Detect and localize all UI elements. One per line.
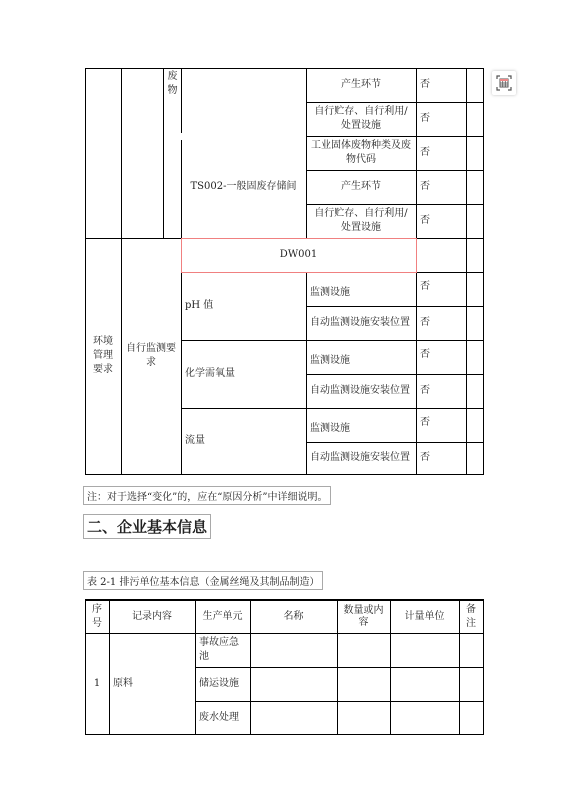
header-seq: 序 号: [85, 600, 109, 633]
item-cell: 自行贮存、自行利用/ 处置设施: [306, 204, 416, 238]
value-cell: 否: [416, 340, 466, 370]
table-caption: 表 2-1 排污单位基本信息（金属丝绳及其制品制造）: [83, 571, 323, 590]
table-select-icon: [496, 75, 512, 91]
outlet-id: DW001: [181, 238, 416, 272]
item-cell: 自行贮存、自行利用/ 处置设施: [306, 102, 416, 136]
value-cell: 否: [416, 204, 466, 238]
header-measure-unit: 计量单位: [390, 600, 459, 633]
unit-cell: 储运设施: [195, 667, 250, 701]
item-cell: 自动监测设施安装位置: [306, 306, 416, 340]
section-heading: 二、企业基本信息: [83, 514, 211, 539]
row-record: 原料: [109, 633, 195, 734]
value-cell: 否: [416, 306, 466, 340]
item-cell: 产生环节: [306, 68, 416, 102]
value-cell: 否: [416, 374, 466, 408]
pollutant-name: pH 值: [181, 272, 306, 340]
value-cell: 否: [416, 442, 466, 474]
table-select-button[interactable]: [492, 71, 516, 95]
item-cell: 自动监测设施安装位置: [306, 442, 416, 474]
pollutant-name: 化学需氧量: [181, 340, 306, 408]
header-remark: 备 注: [459, 600, 483, 633]
note-text: 注：对于选择“变化”的，应在“原因分析”中详细说明。: [83, 486, 331, 505]
item-cell: 自动监测设施安装位置: [306, 374, 416, 408]
value-cell: 否: [416, 68, 466, 102]
header-unit: 生产单元: [195, 600, 250, 633]
value-cell: 否: [416, 102, 466, 136]
category-waste: 废 物: [164, 70, 181, 100]
value-cell: 否: [416, 408, 466, 438]
pollutant-name: 流量: [181, 408, 306, 474]
row-seq: 1: [85, 633, 109, 734]
unit-cell: 事故应急 池: [195, 633, 250, 667]
value-cell: 否: [416, 272, 466, 302]
unit-cell: 废水处理: [195, 701, 250, 734]
item-cell: 产生环节: [306, 170, 416, 204]
value-cell: 否: [416, 136, 466, 170]
item-cell: 监测设施: [306, 344, 416, 378]
header-quantity: 数量或内 容: [337, 600, 390, 633]
item-cell: 监测设施: [306, 412, 416, 446]
value-cell: 否: [416, 170, 466, 204]
item-cell: 监测设施: [306, 276, 416, 310]
section-env-management: 环境 管理 要求: [85, 238, 121, 474]
header-name: 名称: [250, 600, 337, 633]
item-cell: 工业固体废物种类及废 物代码: [306, 136, 416, 170]
facility-ts002: TS002-一般固废存储间: [181, 170, 306, 204]
subsection-self-monitoring: 自行监测要 求: [121, 238, 181, 474]
header-record: 记录内容: [109, 600, 195, 633]
